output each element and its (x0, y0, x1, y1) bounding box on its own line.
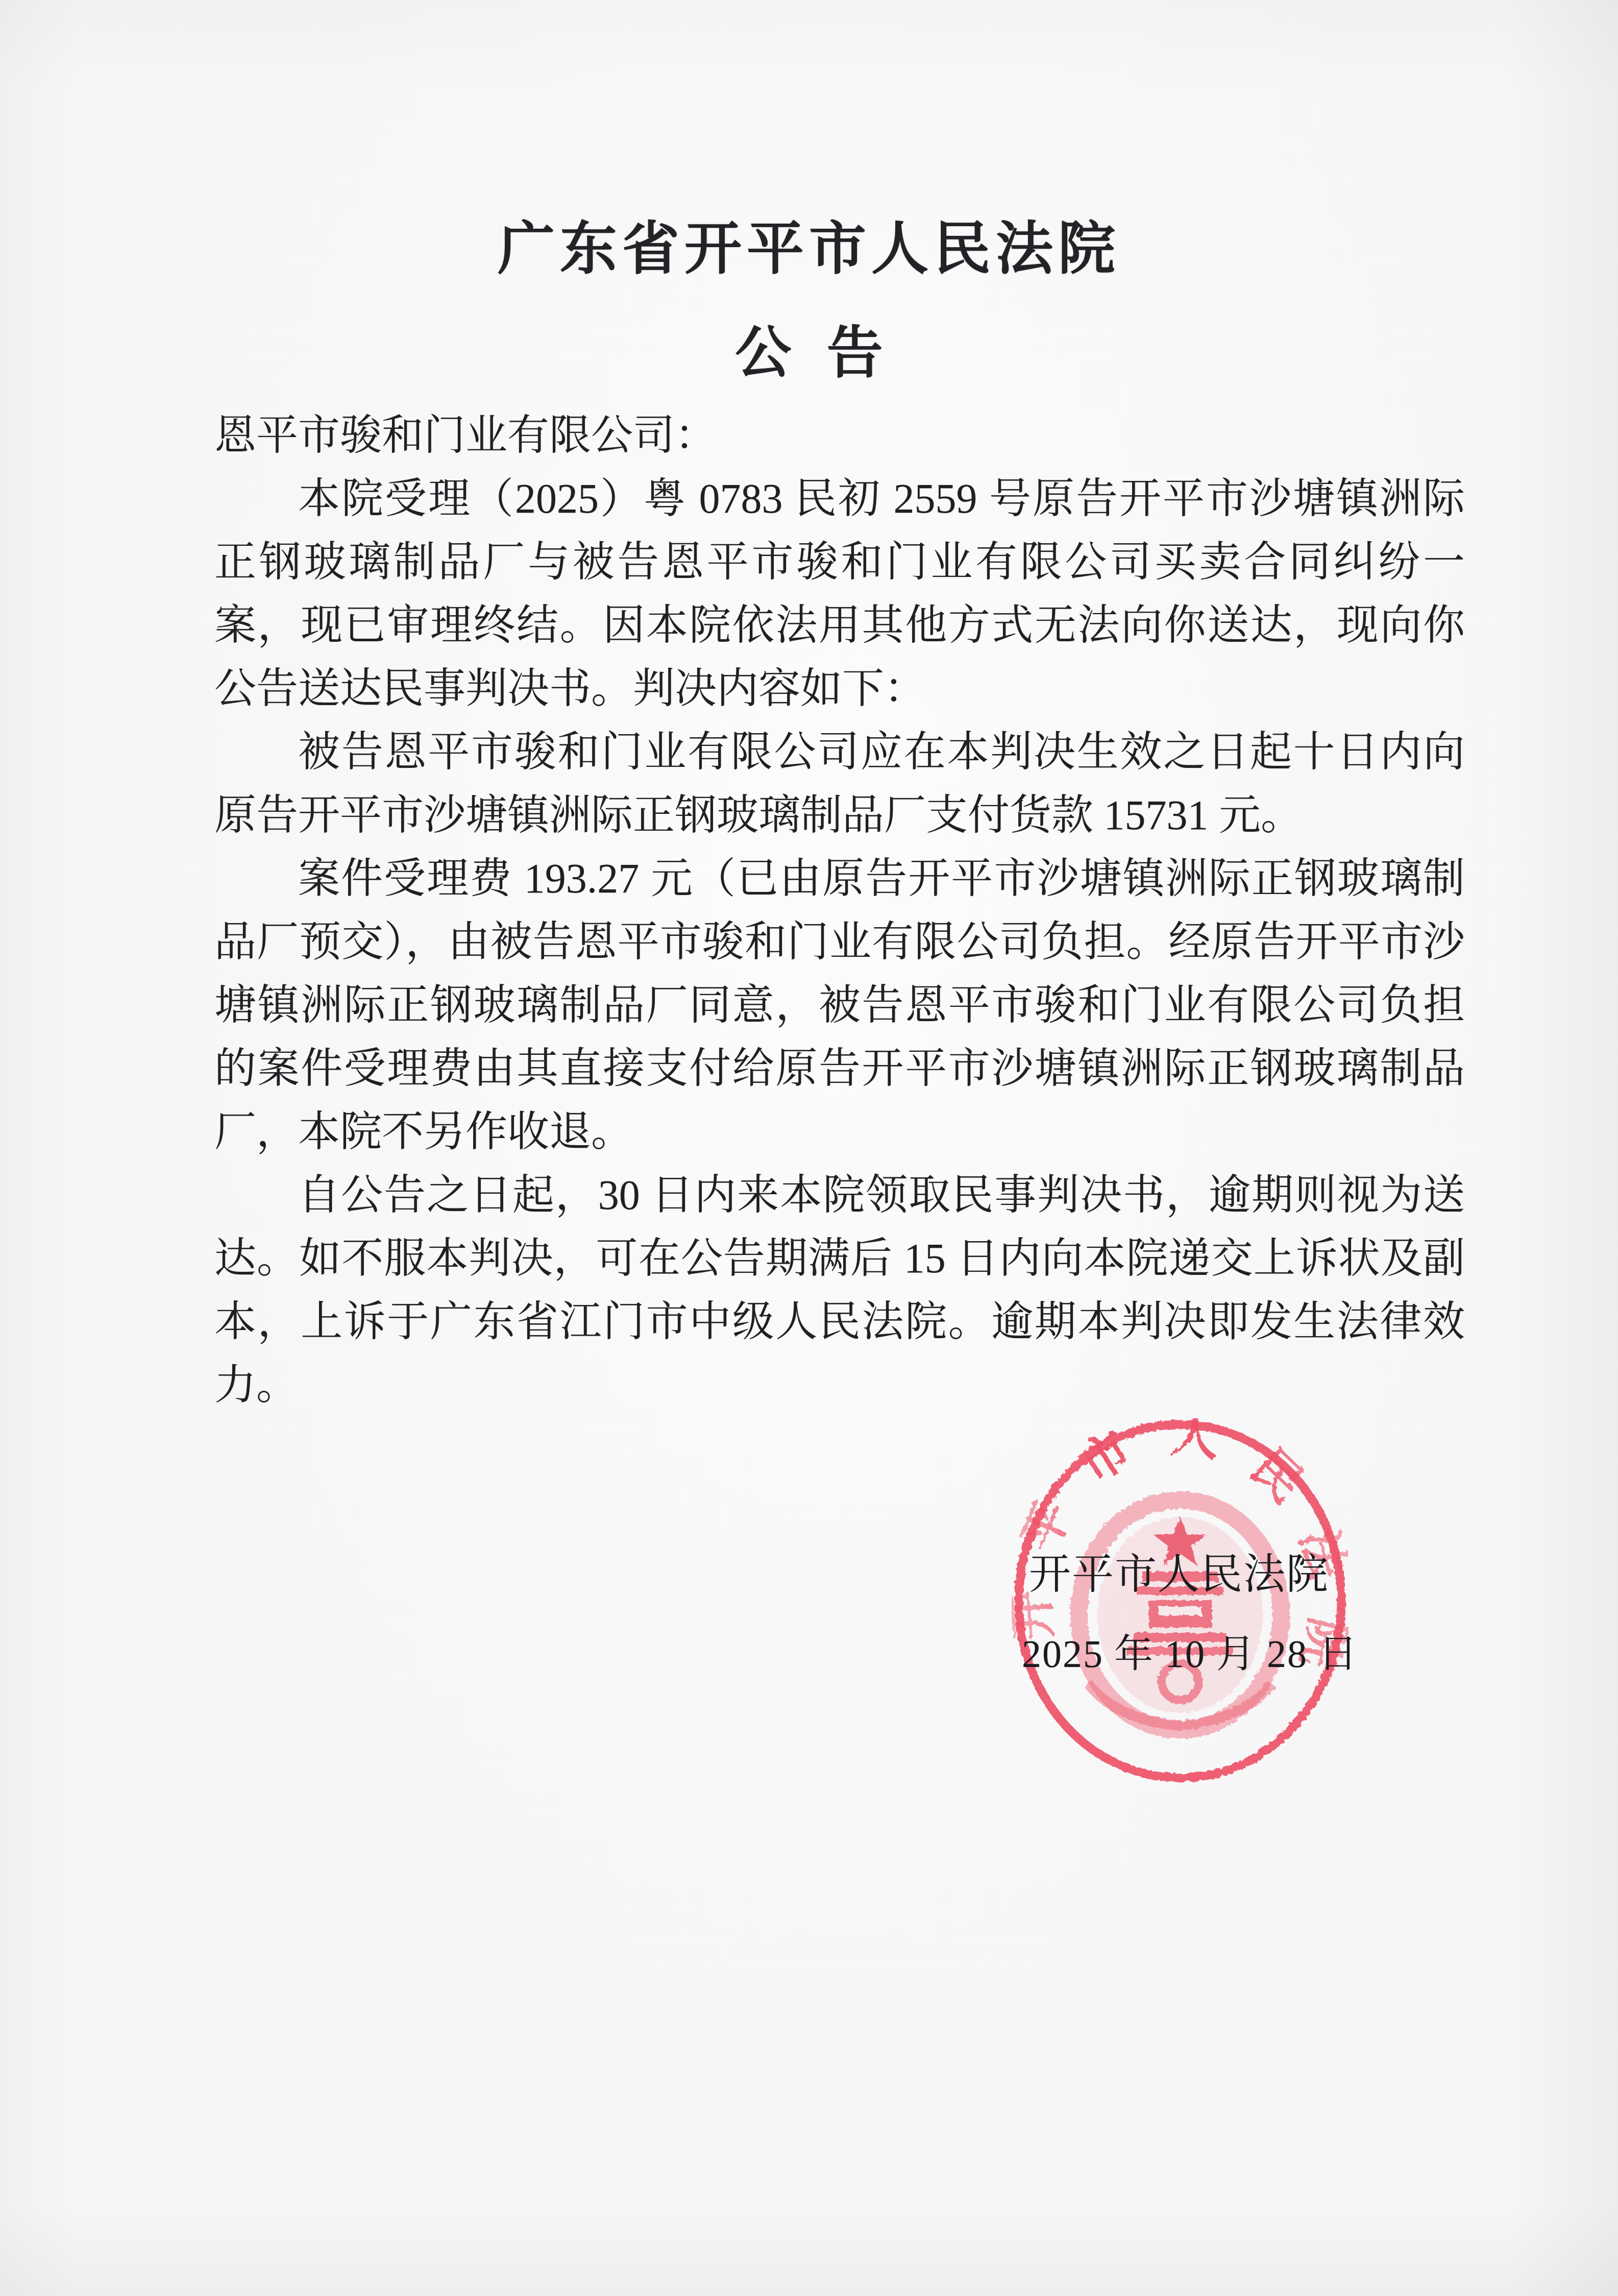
national-emblem (1079, 1500, 1281, 1730)
announcement-body: 恩平市骏和门业有限公司： 本院受理（2025）粤 0783 民初 2559 号原… (214, 404, 1465, 1417)
court-signature: 开平市人民法院 (1029, 1541, 1329, 1601)
scanned-court-announcement-page: 广东省开平市人民法院 公 告 恩平市骏和门业有限公司： 本院受理（2025）粤 … (0, 0, 1618, 2296)
official-court-seal: 开平市人民法院 (1012, 1418, 1349, 1784)
announcement-heading: 公 告 (0, 308, 1618, 389)
addressee-line: 恩平市骏和门业有限公司： (214, 404, 1465, 467)
body-paragraph-1: 本院受理（2025）粤 0783 民初 2559 号原告开平市沙塘镇洲际正钢玻璃… (214, 467, 1465, 720)
body-paragraph-4: 自公告之日起，30 日内来本院领取民事判决书，逾期则视为送达。如不服本判决，可在… (214, 1164, 1465, 1417)
announcement-date: 2025 年 10 月 28 日 (1022, 1623, 1358, 1678)
court-seal-graphic: 开平市人民法院 (1012, 1418, 1349, 1784)
body-paragraph-3: 案件受理费 193.27 元（已由原告开平市沙塘镇洲际正钢玻璃制品厂预交），由被… (214, 847, 1465, 1164)
court-title: 广东省开平市人民法院 (0, 0, 1618, 285)
seal-outer-ring (1019, 1424, 1341, 1778)
body-paragraph-2: 被告恩平市骏和门业有限公司应在本判决生效之日起十日内向原告开平市沙塘镇洲际正钢玻… (214, 720, 1465, 847)
